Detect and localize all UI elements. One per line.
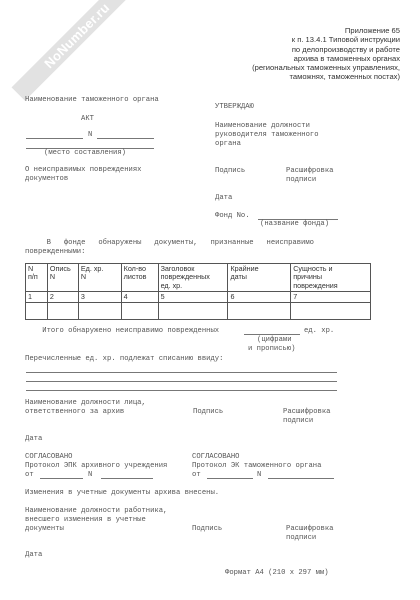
act-subject-line2: документов <box>25 175 68 184</box>
table-header-cell: Сущность ипричиныповреждения <box>291 264 371 292</box>
table-cell <box>78 303 121 320</box>
column-number: 7 <box>291 291 371 302</box>
reason-line-2 <box>26 381 337 382</box>
watermark: NoNumber.ru <box>12 0 143 101</box>
approval-decode-line2: подписи <box>286 176 316 185</box>
appendix-line: (региональных таможенных управлениях, <box>252 63 400 72</box>
total-text: Итого обнаружено неисправимо поврежденны… <box>25 327 219 336</box>
approval-title: УТВЕРЖДАЮ <box>215 103 254 112</box>
agreed-left-date-line <box>40 478 83 479</box>
employee-decode-line2: подписи <box>286 534 316 543</box>
employee-date-label: Дата <box>25 551 42 560</box>
appendix-line: по делопроизводству и работе <box>252 45 400 54</box>
column-number: 6 <box>228 291 291 302</box>
table-header-cell: Кол-волистов <box>121 264 158 292</box>
archive-responsible-line1: Наименование должности лица, <box>25 399 146 408</box>
appendix-reference: Приложение 65 к п. 13.4.1 Типовой инстру… <box>252 26 400 82</box>
table-cell <box>121 303 158 320</box>
changes-note: Изменения в учетные документы архива вне… <box>25 489 219 498</box>
table-header-cell: Ед. хр.N <box>78 264 121 292</box>
number-sign: N <box>88 131 92 140</box>
agreed-right-protocol: Протокол ЭК таможенного органа <box>192 462 321 471</box>
write-off-reason-label: Перечисленные ед. хр. подлежат списанию … <box>25 355 223 364</box>
column-number: 1 <box>26 291 48 302</box>
approval-position-line1: Наименование должности <box>215 122 310 131</box>
agreed-left-number-line <box>101 478 153 479</box>
intro-line2: поврежденными: <box>25 248 85 257</box>
agreed-right-from: от <box>192 471 201 480</box>
appendix-line: Приложение 65 <box>252 26 400 35</box>
reason-line-3 <box>26 390 337 391</box>
fund-caption: (название фонда) <box>260 220 329 229</box>
column-number: 5 <box>158 291 228 302</box>
table-header-cell: ОписьN <box>47 264 78 292</box>
agreed-right-number-sign: N <box>257 471 261 480</box>
table-cell <box>158 303 228 320</box>
agreed-right-title: СОГЛАСОВАНО <box>192 453 239 462</box>
place-caption: (место составления) <box>44 149 126 158</box>
agreed-left-protocol: Протокол ЭПК архивного учреждения <box>25 462 167 471</box>
archive-responsible-line2: ответственного за архив <box>25 408 124 417</box>
reason-line-1 <box>26 372 337 373</box>
employee-position-line2: внесшего изменения в учетные <box>25 516 146 525</box>
customs-org-name: Наименование таможенного органа <box>25 96 159 105</box>
archive-signature-label: Подпись <box>193 408 223 417</box>
damaged-documents-table: Nп/п ОписьN Ед. хр.N Кол-волистов Заголо… <box>25 263 371 320</box>
table-cell <box>291 303 371 320</box>
agreed-right-number-line <box>268 478 334 479</box>
total-unit: ед. хр. <box>304 327 334 336</box>
approval-signature-label: Подпись <box>215 167 245 176</box>
table-row <box>26 303 371 320</box>
total-caption-line2: и прописью) <box>248 345 295 354</box>
table-number-row: 1 2 3 4 5 6 7 <box>26 291 371 302</box>
act-subject-line1: О неисправимых повреждениях <box>25 166 141 175</box>
agreed-left-number-sign: N <box>88 471 92 480</box>
agreed-left-from: от <box>25 471 34 480</box>
column-number: 2 <box>47 291 78 302</box>
employee-decode-line1: Расшифровка <box>286 525 333 534</box>
date-line <box>26 138 83 139</box>
fund-label: Фонд No. <box>215 212 250 221</box>
table-header-cell: Nп/п <box>26 264 48 292</box>
intro-line1: В фонде обнаружены документы, признанные… <box>25 239 314 248</box>
archive-date-label: Дата <box>25 435 42 444</box>
appendix-line: таможнях, таможенных постах) <box>252 72 400 81</box>
archive-decode-line2: подписи <box>283 417 313 426</box>
table-header-cell: Заголовокповрежденныхед. хр. <box>158 264 228 292</box>
total-caption-line1: (цифрами <box>257 336 292 345</box>
approval-date-label: Дата <box>215 194 232 203</box>
table-cell <box>26 303 48 320</box>
table-cell <box>47 303 78 320</box>
approval-position-line3: органа <box>215 140 241 149</box>
table-cell <box>228 303 291 320</box>
approval-decode-line1: Расшифровка <box>286 167 333 176</box>
employee-position-line1: Наименование должности работника, <box>25 507 167 516</box>
total-count-line <box>244 334 300 335</box>
approval-position-line2: руководителя таможенного <box>215 131 319 140</box>
table-header-row: Nп/п ОписьN Ед. хр.N Кол-волистов Заголо… <box>26 264 371 292</box>
employee-position-line3: документы <box>25 525 64 534</box>
employee-signature-label: Подпись <box>192 525 222 534</box>
agreed-right-date-line <box>207 478 253 479</box>
format-note: Формат А4 (210 x 297 мм) <box>225 569 329 578</box>
archive-decode-line1: Расшифровка <box>283 408 330 417</box>
act-title: АКТ <box>81 115 94 124</box>
column-number: 4 <box>121 291 158 302</box>
number-line <box>97 138 154 139</box>
table-header-cell: Крайниедаты <box>228 264 291 292</box>
column-number: 3 <box>78 291 121 302</box>
appendix-line: архива в таможенных органах <box>252 54 400 63</box>
agreed-left-title: СОГЛАСОВАНО <box>25 453 72 462</box>
appendix-line: к п. 13.4.1 Типовой инструкции <box>252 35 400 44</box>
